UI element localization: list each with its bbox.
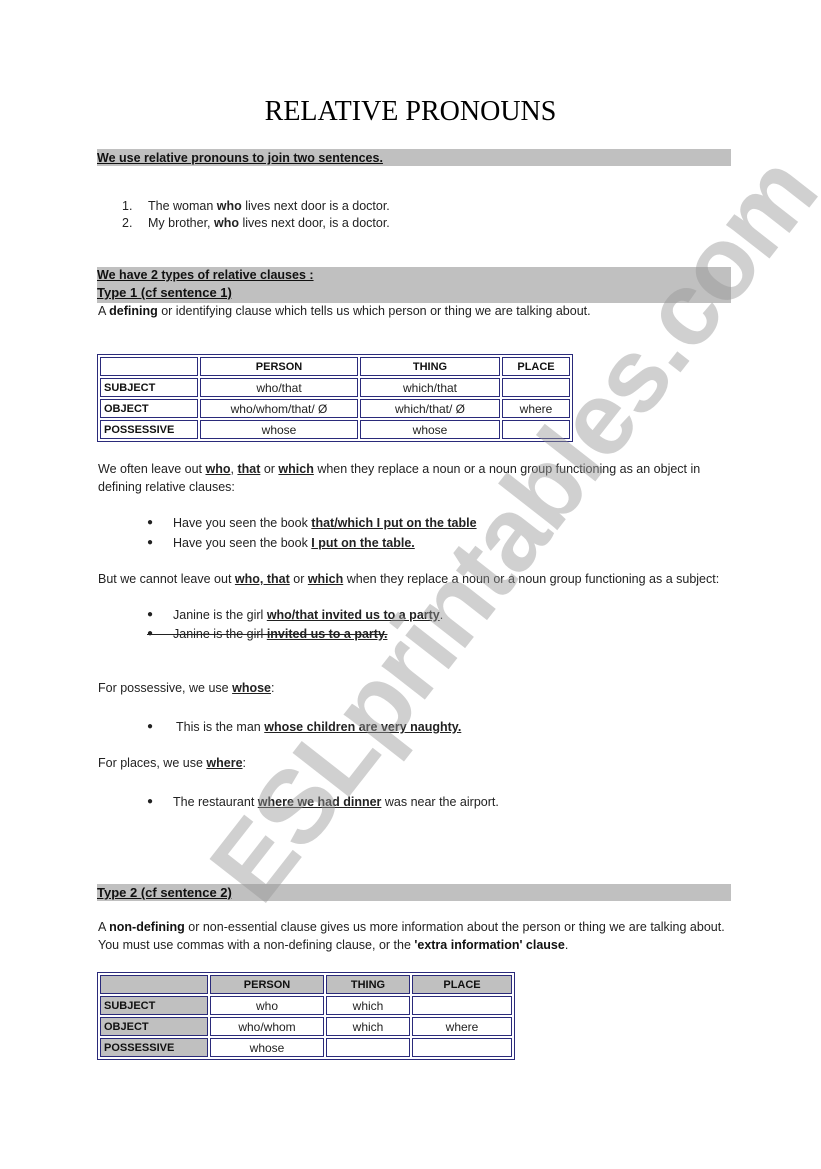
- keyword: whose: [232, 681, 271, 695]
- bullet-icon: ●: [147, 606, 153, 624]
- object-rule-line2: defining relative clauses:: [98, 478, 235, 496]
- text: or: [260, 462, 278, 476]
- table-cell: who/whom/that/ Ø: [200, 399, 358, 418]
- keyword: which: [308, 572, 343, 586]
- pronoun-table-type2: PERSONTHINGPLACESUBJECTwhowhichOBJECTwho…: [97, 972, 515, 1060]
- keyword: who: [217, 199, 242, 213]
- type2-band-text: Type 2 (cf sentence 2): [97, 885, 232, 900]
- table-column-header: THING: [360, 357, 500, 376]
- intro-band-text: We use relative pronouns to join two sen…: [97, 151, 383, 165]
- text: was near the airport.: [381, 795, 498, 809]
- table-row-header: OBJECT: [100, 399, 198, 418]
- text: or: [290, 572, 308, 586]
- possessive-rule: For possessive, we use whose:: [98, 679, 274, 697]
- keyword: defining: [109, 304, 158, 318]
- keyword: who: [214, 216, 239, 230]
- table-row-header: OBJECT: [100, 1017, 208, 1036]
- type1-description: A defining or identifying clause which t…: [98, 302, 591, 320]
- types-band-line1: We have 2 types of relative clauses :: [97, 267, 731, 284]
- table-cell: which/that/ Ø: [360, 399, 500, 418]
- keyword: that: [237, 462, 260, 476]
- table-cell: whose: [210, 1038, 324, 1057]
- table-header-row: PERSONTHINGPLACE: [100, 357, 570, 376]
- text: or non-essential clause gives us more in…: [185, 920, 725, 934]
- table-row: SUBJECTwho/thatwhich/that: [100, 378, 570, 397]
- text: The woman: [148, 199, 217, 213]
- table-row: OBJECTwho/whomwhichwhere: [100, 1017, 512, 1036]
- table-row: POSSESSIVEwhose: [100, 1038, 512, 1057]
- type2-band: Type 2 (cf sentence 2): [97, 884, 731, 901]
- bullet-icon: ●: [147, 514, 153, 532]
- text: or identifying clause which tells us whi…: [158, 304, 591, 318]
- table-corner-cell: [100, 975, 208, 994]
- place-rule: For places, we use where:: [98, 754, 246, 772]
- table-column-header: PERSON: [200, 357, 358, 376]
- list-number: 1.: [122, 197, 132, 215]
- table-column-header: PERSON: [210, 975, 324, 994]
- table-cell: which: [326, 1017, 410, 1036]
- keyword: who: [205, 462, 230, 476]
- table-column-header: THING: [326, 975, 410, 994]
- text: Janine is the girl: [173, 608, 267, 622]
- keyword: which: [278, 462, 313, 476]
- table-row: OBJECTwho/whom/that/ Øwhich/that/ Øwhere: [100, 399, 570, 418]
- table-row: SUBJECTwhowhich: [100, 996, 512, 1015]
- table-column-header: PLACE: [412, 975, 512, 994]
- keyword: whose children are very naughty.: [264, 720, 461, 734]
- text: Have you seen the book: [173, 536, 311, 550]
- table-cell: which: [326, 996, 410, 1015]
- table-row-header: POSSESSIVE: [100, 420, 198, 439]
- table-cell: [326, 1038, 410, 1057]
- keyword: where we had dinner: [258, 795, 382, 809]
- table-cell: where: [412, 1017, 512, 1036]
- list-number: 2.: [122, 214, 132, 232]
- text: The restaurant: [173, 795, 258, 809]
- text: But we cannot leave out: [98, 572, 235, 586]
- page-title: RELATIVE PRONOUNS: [0, 96, 821, 128]
- type2-description-line2: You must use commas with a non-defining …: [98, 936, 568, 954]
- text: lives next door is a doctor.: [242, 199, 390, 213]
- keyword: who, that: [235, 572, 290, 586]
- subject-rule: But we cannot leave out who, that or whi…: [98, 570, 719, 588]
- text: .: [440, 608, 443, 622]
- text: For places, we use: [98, 756, 206, 770]
- text: lives next door, is a doctor.: [239, 216, 390, 230]
- types-band-line2: Type 1 (cf sentence 1): [97, 284, 731, 301]
- text: A: [98, 920, 109, 934]
- text: .: [565, 938, 568, 952]
- object-rule-line1: We often leave out who, that or which wh…: [98, 460, 700, 478]
- table-corner-cell: [100, 357, 198, 376]
- text: A: [98, 304, 109, 318]
- table-header-row: PERSONTHINGPLACE: [100, 975, 512, 994]
- text: This is the man: [176, 720, 264, 734]
- text: when they replace a noun or a noun group…: [314, 462, 700, 476]
- table-cell: whose: [360, 420, 500, 439]
- text: My brother,: [148, 216, 214, 230]
- table-cell: where: [502, 399, 570, 418]
- table-cell: which/that: [360, 378, 500, 397]
- keyword: where: [206, 756, 242, 770]
- table-row: POSSESSIVEwhosewhose: [100, 420, 570, 439]
- text: You must use commas with a non-defining …: [98, 938, 414, 952]
- text: :: [243, 756, 246, 770]
- keyword: non-defining: [109, 920, 185, 934]
- bullet-icon: ●: [147, 534, 153, 552]
- table-cell: [412, 996, 512, 1015]
- table-cell: [502, 378, 570, 397]
- table-row-header: POSSESSIVE: [100, 1038, 208, 1057]
- intro-band: We use relative pronouns to join two sen…: [97, 149, 731, 166]
- table-cell: [412, 1038, 512, 1057]
- bullet-icon: ●: [147, 718, 153, 736]
- keyword: who/that invited us to a party: [267, 608, 440, 622]
- keyword: I put on the table.: [311, 536, 414, 550]
- text: We often leave out: [98, 462, 205, 476]
- table-cell: who/that: [200, 378, 358, 397]
- table-row-header: SUBJECT: [100, 996, 208, 1015]
- bullet-icon: ●: [147, 793, 153, 811]
- pronoun-table-type1: PERSONTHINGPLACESUBJECTwho/thatwhich/tha…: [97, 354, 573, 442]
- table-cell: who: [210, 996, 324, 1015]
- type2-description-line1: A non-defining or non-essential clause g…: [98, 918, 725, 936]
- text: For possessive, we use: [98, 681, 232, 695]
- table-column-header: PLACE: [502, 357, 570, 376]
- keyword: that/which I put on the table: [311, 516, 476, 530]
- table-cell: who/whom: [210, 1017, 324, 1036]
- text: when they replace a noun or a noun group…: [343, 572, 719, 586]
- table-row-header: SUBJECT: [100, 378, 198, 397]
- keyword: 'extra information' clause: [414, 938, 564, 952]
- text: Have you seen the book: [173, 516, 311, 530]
- worksheet-page: RELATIVE PRONOUNS We use relative pronou…: [0, 0, 821, 1169]
- types-band: We have 2 types of relative clauses : Ty…: [97, 267, 731, 303]
- text: :: [271, 681, 274, 695]
- table-cell: whose: [200, 420, 358, 439]
- table-cell: [502, 420, 570, 439]
